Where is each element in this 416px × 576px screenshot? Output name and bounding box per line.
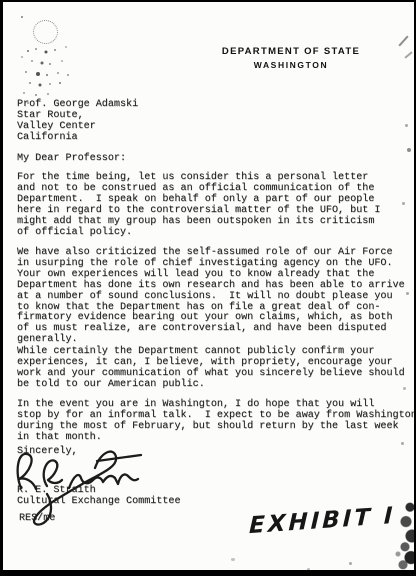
scan-noise bbox=[349, 562, 352, 565]
body-paragraph-3: While certainly the Department cannot pu… bbox=[17, 347, 405, 391]
body-paragraph-4: In the event you are in Washington, I do… bbox=[17, 400, 414, 444]
body-paragraph-2: We have also criticized the self-assumed… bbox=[17, 248, 405, 346]
seal-speckles bbox=[21, 16, 23, 18]
scan-noise bbox=[407, 148, 411, 152]
scan-noise bbox=[406, 292, 409, 295]
seal-ring bbox=[30, 17, 60, 46]
body-paragraph-1: For the time being, let us consider this… bbox=[17, 173, 380, 238]
scan-noise-blotch bbox=[394, 500, 414, 570]
exhibit-stamp: EXHIBIT I bbox=[249, 503, 396, 539]
reference-initials: RES/me bbox=[19, 514, 55, 525]
letterhead-city: WASHINGTON bbox=[222, 60, 360, 70]
scan-noise bbox=[398, 36, 408, 47]
embossed-seal-icon bbox=[21, 16, 111, 104]
scan-noise bbox=[402, 202, 405, 205]
scan-noise bbox=[231, 558, 235, 561]
signer-title: Cultural Exchange Committee bbox=[17, 497, 181, 508]
scanned-letter-frame: DEPARTMENT OF STATE WASHINGTON Prof. Geo… bbox=[0, 0, 416, 576]
letter-page: DEPARTMENT OF STATE WASHINGTON Prof. Geo… bbox=[3, 2, 414, 570]
scan-noise bbox=[404, 51, 412, 58]
scan-noise bbox=[307, 568, 310, 570]
letterhead-department: DEPARTMENT OF STATE bbox=[222, 46, 360, 57]
letterhead: DEPARTMENT OF STATE WASHINGTON bbox=[222, 46, 360, 70]
recipient-address: Prof. George Adamski Star Route, Valley … bbox=[17, 100, 138, 144]
scan-noise bbox=[405, 124, 408, 127]
salutation: My Dear Professor: bbox=[17, 154, 126, 165]
